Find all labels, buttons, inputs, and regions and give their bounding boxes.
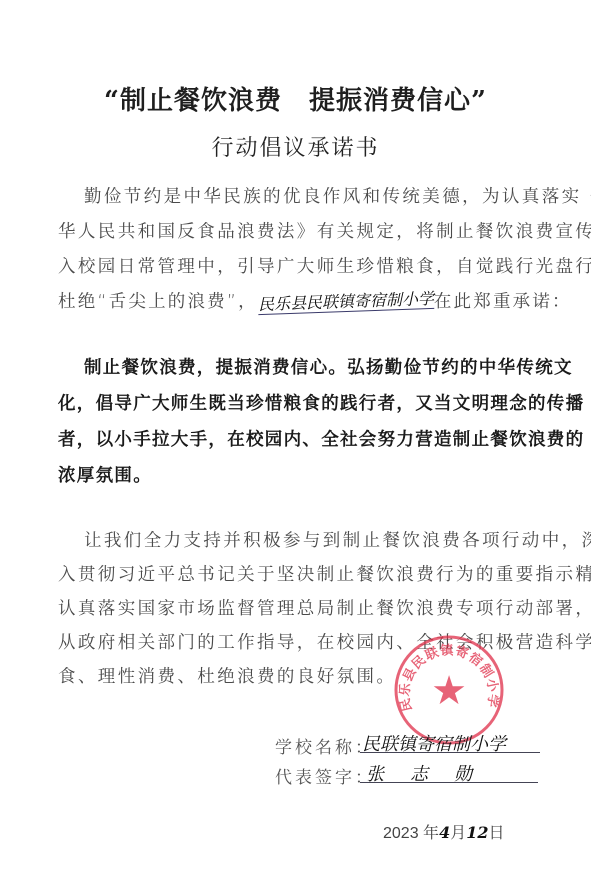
- text-line: 勤俭节约是中华民族的优良作风和传统美德，为认真落实《中: [58, 180, 542, 215]
- paragraph-commitment: 制止餐饮浪费，提振消费信心。弘扬勤俭节约的中华传统文 化，倡导广大师生既当珍惜粮…: [58, 350, 542, 494]
- text-line: 入校园日常管理中，引导广大师生珍惜粮食，自觉践行光盘行动，: [58, 250, 542, 285]
- text-fragment: 在此郑重承诺：: [434, 292, 572, 312]
- date-day: 12: [466, 823, 488, 842]
- date-day-unit: 日: [488, 825, 504, 842]
- text-line: 制止餐饮浪费，提振消费信心。弘扬勤俭节约的中华传统文: [58, 350, 542, 386]
- date-year-unit: 年: [423, 825, 439, 842]
- star-icon: ★: [431, 668, 467, 714]
- document-date: 2023 年4月12日: [383, 820, 505, 843]
- document-subtitle: 行动倡议承诺书: [0, 131, 591, 162]
- handwritten-school-name: 民乐县民联镇寄宿制小学: [258, 290, 435, 315]
- signature-underline: [360, 782, 538, 783]
- text-line: 杜绝“舌尖上的浪费”，民乐县民联镇寄宿制小学在此郑重承诺：: [58, 285, 542, 320]
- document-title: “制止餐饮浪费 提振消费信心”: [0, 80, 591, 117]
- text-line: 华人民共和国反食品浪费法》有关规定，将制止餐饮浪费宣传融: [58, 215, 542, 250]
- text-line: 者，以小手拉大手，在校园内、全社会努力营造制止餐饮浪费的: [58, 422, 542, 458]
- text-fragment: 杜绝“舌尖上的浪费”，: [58, 292, 258, 312]
- date-year: 2023: [383, 825, 419, 842]
- text-line: 化，倡导广大师生既当珍惜粮食的践行者，又当文明理念的传播: [58, 386, 542, 422]
- text-line: 浓厚氛围。: [58, 458, 542, 494]
- representative-signature-label: 代表签字：: [275, 763, 375, 788]
- school-name-label: 学校名称：: [275, 733, 375, 758]
- text-line: 让我们全力支持并积极参与到制止餐饮浪费各项行动中，深: [58, 524, 542, 558]
- paragraph-intro: 勤俭节约是中华民族的优良作风和传统美德，为认真落实《中 华人民共和国反食品浪费法…: [58, 180, 542, 320]
- date-month-unit: 月: [450, 825, 466, 842]
- school-name-underline: [360, 752, 540, 753]
- date-month: 4: [439, 823, 450, 842]
- text-line: 入贯彻习近平总书记关于坚决制止餐饮浪费行为的重要指示精神，: [58, 558, 542, 592]
- text-line: 认真落实国家市场监督管理总局制止餐饮浪费专项行动部署，服: [58, 592, 542, 626]
